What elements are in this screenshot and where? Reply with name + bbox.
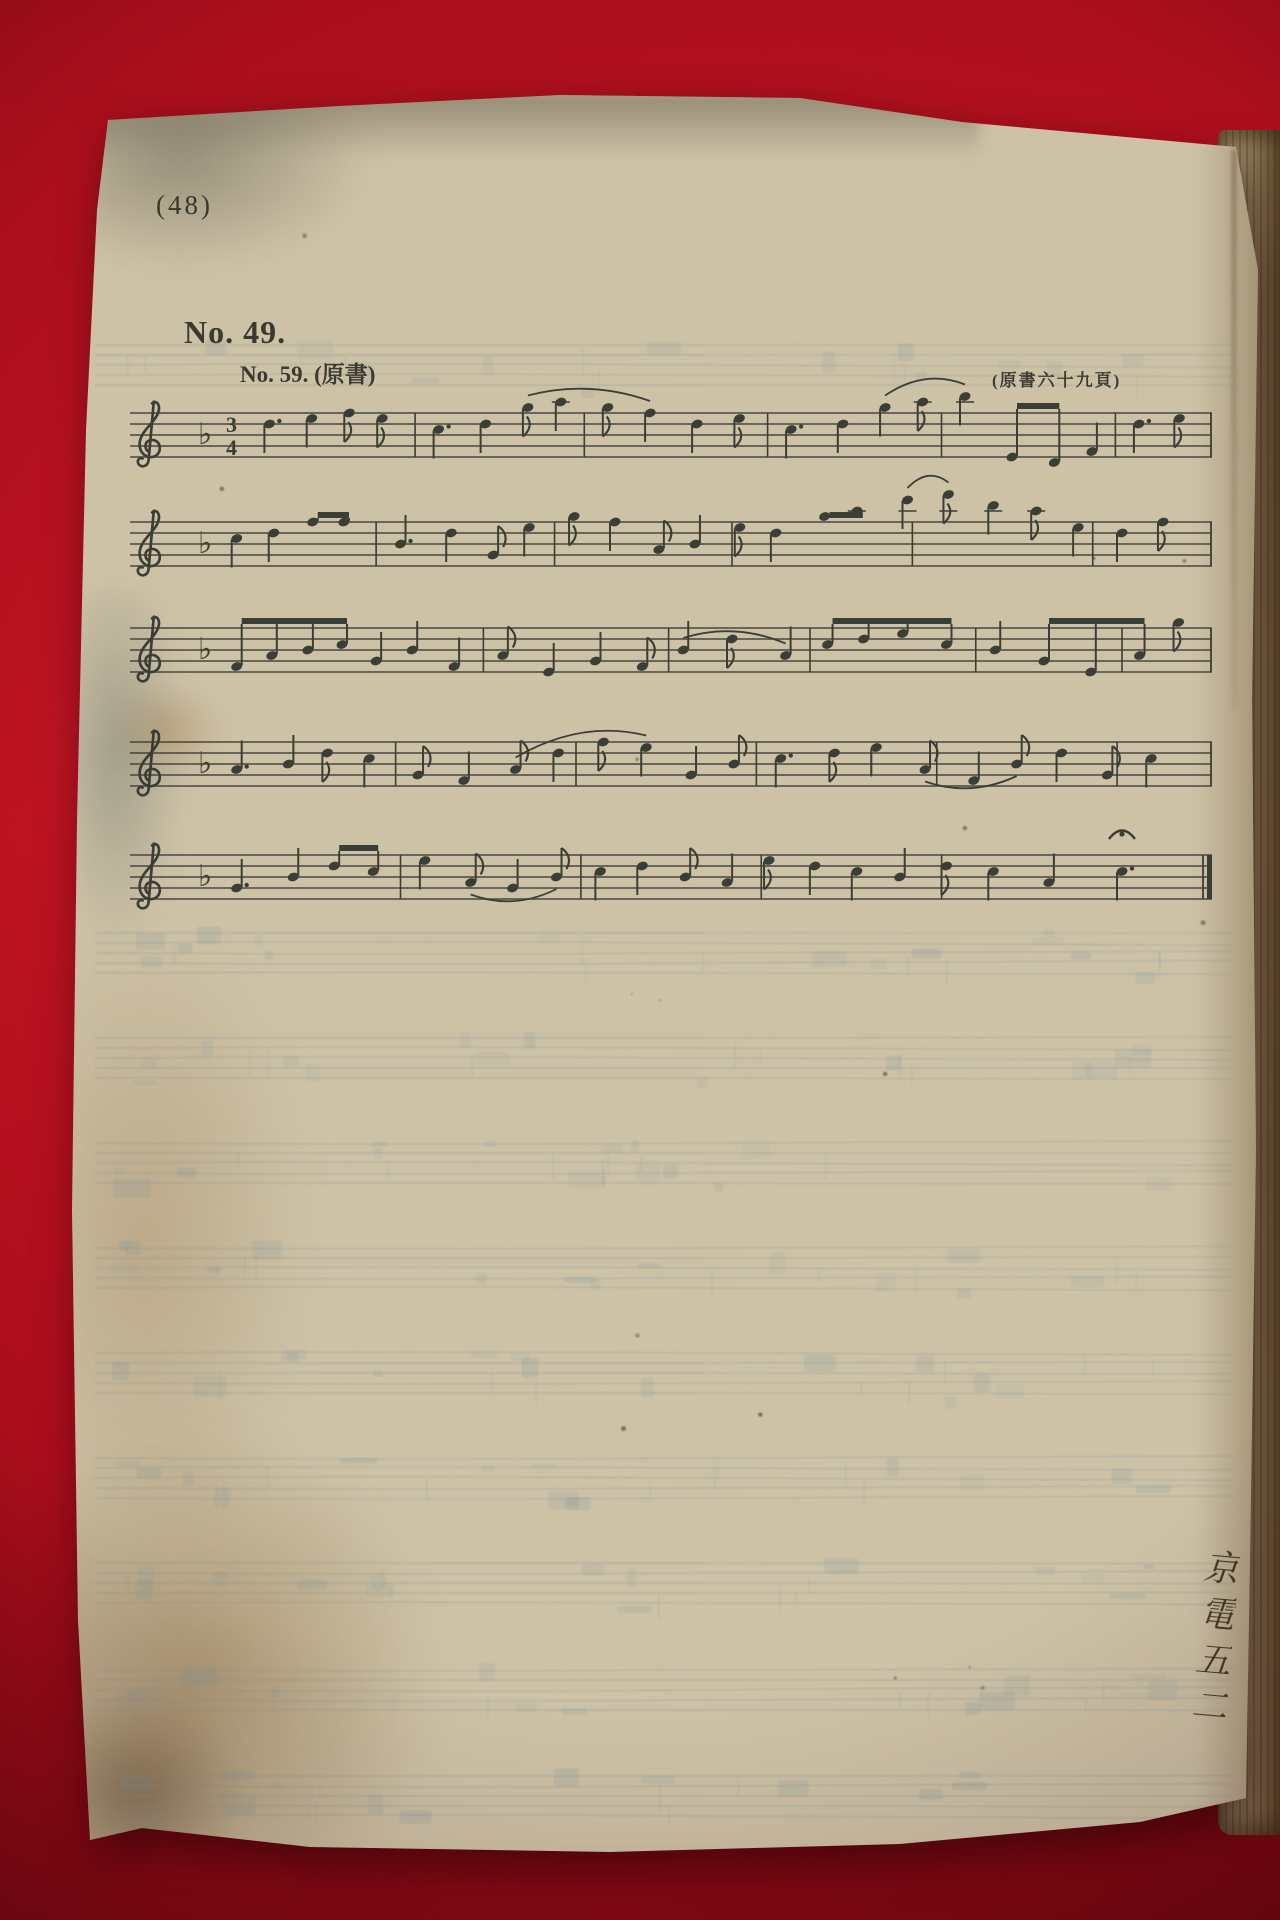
svg-text:♭: ♭ bbox=[198, 417, 212, 452]
svg-text:♭: ♭ bbox=[198, 746, 212, 781]
svg-text:3: 3 bbox=[226, 412, 237, 437]
original-page-reference: (原書六十九頁) bbox=[992, 366, 1121, 391]
piece-number-heading: No. 49. bbox=[184, 314, 286, 351]
svg-text:♭: ♭ bbox=[198, 526, 212, 561]
photo-scene: ♭34♭♭♭♭ (48) No. 49. No. 59. (原書) (原書六十九… bbox=[0, 0, 1280, 1920]
sheet-music-page: ♭34♭♭♭♭ (48) No. 49. No. 59. (原書) (原書六十九… bbox=[0, 0, 1280, 1920]
page-wrapper: ♭34♭♭♭♭ (48) No. 49. No. 59. (原書) (原書六十九… bbox=[0, 0, 1280, 1920]
svg-text:♭: ♭ bbox=[198, 859, 212, 894]
svg-text:♭: ♭ bbox=[198, 632, 212, 667]
svg-text:4: 4 bbox=[226, 435, 237, 460]
original-number-subheading: No. 59. (原書) bbox=[240, 356, 375, 389]
music-score: ♭34♭♭♭♭ bbox=[0, 0, 1280, 1920]
page-number: (48) bbox=[156, 190, 213, 221]
